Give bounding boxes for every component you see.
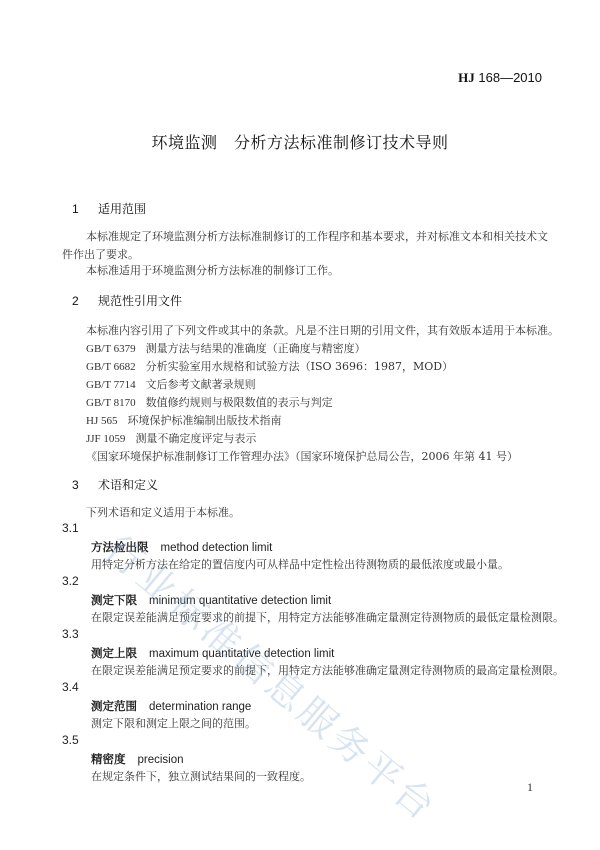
reference-code: JJF 1059	[86, 433, 125, 445]
reference-title: 环境保护标准编制出版技术指南	[127, 414, 281, 427]
reference-code: GB/T 6379	[86, 343, 136, 355]
section-title: 适用范围	[98, 202, 146, 216]
reference-title: 分析实验室用水规格和试验方法（ISO 3696：1987，MOD）	[146, 360, 453, 373]
section-title: 术语和定义	[98, 478, 158, 492]
reference-title: 测量方法与结果的准确度（正确度与精密度）	[146, 342, 366, 355]
clause-number: 3.1	[62, 521, 79, 535]
clause-number: 3.3	[62, 627, 79, 641]
reference-item: JJF 1059测量不确定度评定与表示	[86, 430, 256, 446]
reference-item: GB/T 7714文后参考文献著录规则	[86, 376, 256, 392]
term-english: minimum quantitative detection limit	[149, 595, 331, 607]
reference-item: GB/T 6379测量方法与结果的准确度（正确度与精密度）	[86, 340, 366, 356]
page-number: 1	[527, 780, 533, 795]
reference-code: GB/T 6682	[86, 361, 136, 373]
term-heading: 测定下限minimum quantitative detection limit	[91, 592, 331, 608]
section-title: 规范性引用文件	[98, 294, 182, 308]
term-english: maximum quantitative detection limit	[149, 648, 334, 660]
section-heading-2: 2规范性引用文件	[72, 292, 182, 309]
term-heading: 测定范围determination range	[91, 698, 251, 714]
section-number: 2	[72, 294, 98, 308]
term-chinese: 测定范围	[91, 699, 137, 713]
term-heading: 方法检出限method detection limit	[91, 539, 272, 555]
reference-item: HJ 565环境保护标准编制出版技术指南	[86, 412, 281, 428]
document-page: HJ 168—2010 环境监测 分析方法标准制修订技术导则 1适用范围 本标准…	[0, 0, 600, 850]
term-english: determination range	[149, 701, 251, 713]
reference-title: 数值修约规则与极限数值的表示与判定	[146, 396, 333, 409]
term-definition: 测定下限和测定上限之间的范围。	[91, 715, 256, 731]
scope-paragraph-2: 本标准适用于环境监测分析方法标准的制修订工作。	[62, 262, 548, 280]
term-definition: 在限定误差能满足预定要求的前提下，用特定方法能够准确定量测定待测物质的最低定量检…	[91, 609, 564, 625]
term-chinese: 精密度	[91, 752, 126, 766]
document-title: 环境监测 分析方法标准制修订技术导则	[0, 130, 600, 153]
clause-number: 3.4	[62, 680, 79, 694]
term-chinese: 测定上限	[91, 646, 137, 660]
term-english: precision	[138, 754, 184, 766]
term-heading: 测定上限maximum quantitative detection limit	[91, 645, 334, 661]
section-number: 1	[72, 202, 98, 216]
reference-item-regulation: 《国家环境保护标准制修订工作管理办法》（国家环境保护总局公告，2006 年第 4…	[86, 448, 518, 464]
reference-code: GB/T 8170	[86, 397, 136, 409]
reference-item: GB/T 6682分析实验室用水规格和试验方法（ISO 3696：1987，MO…	[86, 358, 453, 374]
term-heading: 精密度precision	[91, 751, 184, 767]
standard-prefix: HJ	[458, 70, 475, 85]
reference-title: 文后参考文献著录规则	[146, 378, 256, 391]
clause-number: 3.2	[62, 574, 79, 588]
standard-number: 168—2010	[478, 70, 542, 85]
reference-code: HJ 565	[86, 415, 117, 427]
term-chinese: 测定下限	[91, 593, 137, 607]
term-definition: 在限定误差能满足预定要求的前提下，用特定方法能够准确定量测定待测物质的最高定量检…	[91, 662, 564, 678]
standard-code: HJ 168—2010	[458, 70, 542, 86]
terms-intro: 下列术语和定义适用于本标准。	[86, 504, 240, 520]
references-intro: 本标准内容引用了下列文件或其中的条款。凡是不注日期的引用文件，其有效版本适用于本…	[86, 322, 559, 338]
term-chinese: 方法检出限	[91, 540, 149, 554]
reference-title: 测量不确定度评定与表示	[135, 432, 256, 445]
reference-code: GB/T 7714	[86, 379, 136, 391]
section-heading-3: 3术语和定义	[72, 476, 158, 493]
section-heading-1: 1适用范围	[72, 200, 146, 217]
term-english: method detection limit	[161, 542, 273, 554]
term-definition: 在规定条件下，独立测试结果间的一致程度。	[91, 768, 311, 784]
clause-number: 3.5	[62, 733, 79, 747]
reference-item: GB/T 8170数值修约规则与极限数值的表示与判定	[86, 394, 333, 410]
scope-paragraph-1: 本标准规定了环境监测分析方法标准制修订的工作程序和基本要求，并对标准文本和相关技…	[62, 228, 548, 264]
term-definition: 用特定分析方法在给定的置信度内可从样品中定性检出待测物质的最低浓度或最小量。	[91, 556, 509, 572]
section-number: 3	[72, 478, 98, 492]
